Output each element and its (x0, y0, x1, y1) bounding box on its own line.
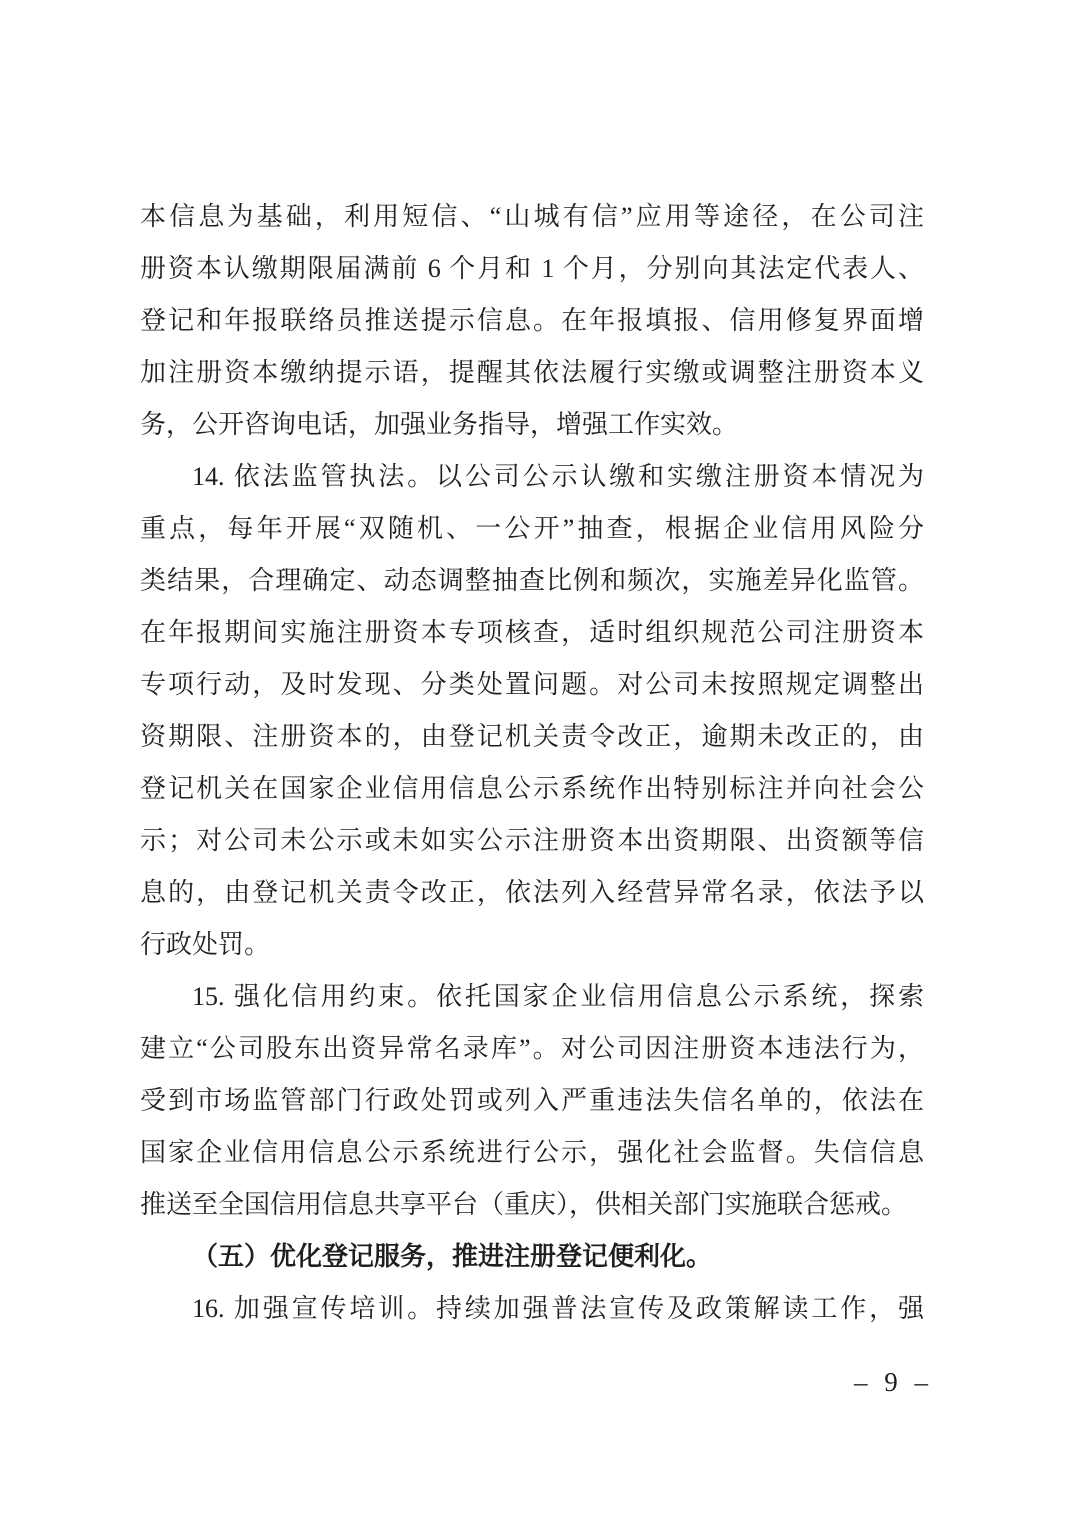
item-15-line-5: 推送至全国信用信息共享平台（重庆），供相关部门实施联合惩戒。 (140, 1179, 924, 1231)
para-continuation: 本信息为基础，利用短信、“山城有信”应用等途径，在公司注册资本认缴期限届满前 6… (140, 191, 924, 451)
page-footer: – 9 – (140, 1362, 933, 1402)
item-14-line-9: 息的，由登记机关责令改正，依法列入经营异常名录，依法予以 (140, 867, 924, 919)
para-continuation-line-3: 登记和年报联络员推送提示信息。在年报填报、信用修复界面增 (140, 295, 924, 347)
heading-section-5: （五）优化登记服务，推进注册登记便利化。 (140, 1231, 924, 1283)
item-15-line-1: 15. 强化信用约束。依托国家企业信用信息公示系统，探索 (140, 971, 924, 1023)
item-15-line-4: 国家企业信用信息公示系统进行公示，强化社会监督。失信信息 (140, 1127, 924, 1179)
item-14-line-10: 行政处罚。 (140, 919, 924, 971)
page-number: – 9 – (854, 1367, 933, 1397)
para-continuation-line-5: 务，公开咨询电话，加强业务指导，增强工作实效。 (140, 399, 924, 451)
item-15: 15. 强化信用约束。依托国家企业信用信息公示系统，探索建立“公司股东出资异常名… (140, 971, 924, 1231)
item-14-line-3: 类结果，合理确定、动态调整抽查比例和频次，实施差异化监管。 (140, 555, 924, 607)
item-14: 14. 依法监管执法。以公司公示认缴和实缴注册资本情况为重点，每年开展“双随机、… (140, 451, 924, 971)
heading-section-5-line-1: （五）优化登记服务，推进注册登记便利化。 (140, 1231, 924, 1283)
item-14-line-1: 14. 依法监管执法。以公司公示认缴和实缴注册资本情况为 (140, 451, 924, 503)
item-14-line-2: 重点，每年开展“双随机、一公开”抽查，根据企业信用风险分 (140, 503, 924, 555)
item-14-line-4: 在年报期间实施注册资本专项核查，适时组织规范公司注册资本 (140, 607, 924, 659)
item-14-line-7: 登记机关在国家企业信用信息公示系统作出特别标注并向社会公 (140, 763, 924, 815)
para-continuation-line-4: 加注册资本缴纳提示语，提醒其依法履行实缴或调整注册资本义 (140, 347, 924, 399)
para-continuation-line-2: 册资本认缴期限届满前 6 个月和 1 个月，分别向其法定代表人、 (140, 243, 924, 295)
item-14-line-8: 示；对公司未公示或未如实公示注册资本出资期限、出资额等信 (140, 815, 924, 867)
document-body: 本信息为基础，利用短信、“山城有信”应用等途径，在公司注册资本认缴期限届满前 6… (140, 191, 924, 1335)
item-14-line-6: 资期限、注册资本的，由登记机关责令改正，逾期未改正的，由 (140, 711, 924, 763)
item-15-line-3: 受到市场监管部门行政处罚或列入严重违法失信名单的，依法在 (140, 1075, 924, 1127)
item-16: 16. 加强宣传培训。持续加强普法宣传及政策解读工作，强 (140, 1283, 924, 1335)
item-16-line-1: 16. 加强宣传培训。持续加强普法宣传及政策解读工作，强 (140, 1283, 924, 1335)
item-15-line-2: 建立“公司股东出资异常名录库”。对公司因注册资本违法行为， (140, 1023, 924, 1075)
document-page: 本信息为基础，利用短信、“山城有信”应用等途径，在公司注册资本认缴期限届满前 6… (0, 0, 1074, 1520)
item-14-line-5: 专项行动，及时发现、分类处置问题。对公司未按照规定调整出 (140, 659, 924, 711)
para-continuation-line-1: 本信息为基础，利用短信、“山城有信”应用等途径，在公司注 (140, 191, 924, 243)
